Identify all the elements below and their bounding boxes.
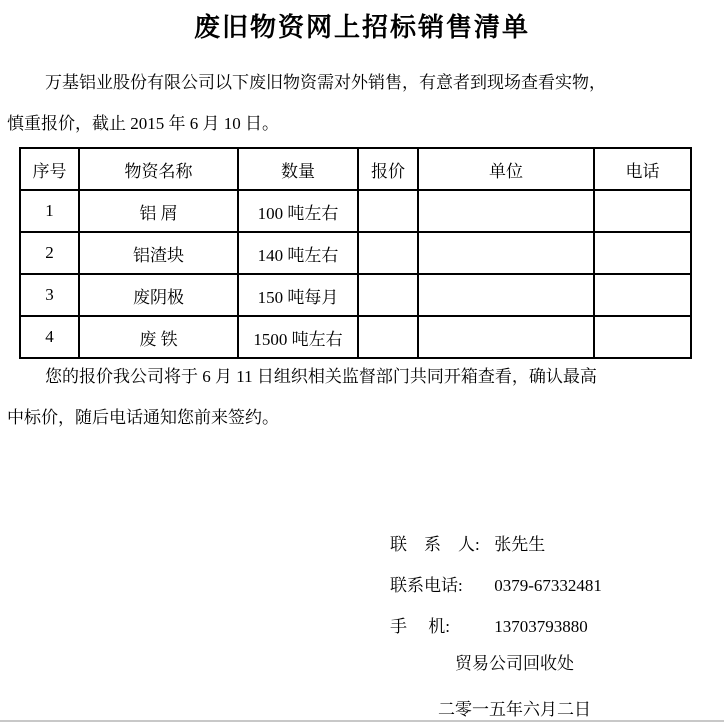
page-title: 废旧物资网上招标销售清单 bbox=[0, 7, 724, 44]
cell-qty: 140 吨左右 bbox=[238, 232, 358, 274]
table-row: 1 铝 屑 100 吨左右 bbox=[20, 190, 691, 232]
contact-person-value: 张先生 bbox=[494, 535, 545, 554]
signature-department: 贸易公司回收处 bbox=[455, 652, 574, 676]
cell-no: 3 bbox=[20, 274, 79, 316]
contact-mobile-value: 13703793880 bbox=[494, 617, 588, 636]
contact-person-label: 联 系 人: bbox=[390, 524, 490, 565]
cell-qty: 1500 吨左右 bbox=[238, 316, 358, 358]
header-cell-no: 序号 bbox=[20, 148, 79, 190]
table-row: 2 铝渣块 140 吨左右 bbox=[20, 232, 691, 274]
cell-unit bbox=[418, 274, 594, 316]
header-cell-qty: 数量 bbox=[238, 148, 358, 190]
cell-unit bbox=[418, 232, 594, 274]
notice-line-1: 您的报价我公司将于 6 月 11 日组织相关监督部门共同开箱查看，确认最高 bbox=[7, 356, 717, 397]
notice-line-2: 中标价，随后电话通知您前来签约。 bbox=[7, 397, 717, 438]
page-bottom-edge bbox=[0, 720, 724, 722]
cell-price bbox=[358, 190, 418, 232]
cell-qty: 150 吨每月 bbox=[238, 274, 358, 316]
cell-name: 废 铁 bbox=[79, 316, 238, 358]
cell-price bbox=[358, 232, 418, 274]
goods-table: 序号 物资名称 数量 报价 单位 电话 1 铝 屑 100 吨左右 2 铝渣块 … bbox=[19, 147, 692, 359]
cell-name: 铝渣块 bbox=[79, 232, 238, 274]
intro-paragraph: 万基铝业股份有限公司以下废旧物资需对外销售，有意者到现场查看实物， 慎重报价，截… bbox=[7, 62, 717, 144]
cell-qty: 100 吨左右 bbox=[238, 190, 358, 232]
contact-block: 联 系 人: 张先生 联系电话: 0379-67332481 手 机: 1370… bbox=[390, 524, 602, 647]
document-page: 废旧物资网上招标销售清单 万基铝业股份有限公司以下废旧物资需对外销售，有意者到现… bbox=[0, 0, 724, 725]
table-row: 4 废 铁 1500 吨左右 bbox=[20, 316, 691, 358]
intro-line-1: 万基铝业股份有限公司以下废旧物资需对外销售，有意者到现场查看实物， bbox=[7, 62, 717, 103]
cell-phone bbox=[594, 232, 691, 274]
cell-no: 2 bbox=[20, 232, 79, 274]
cell-phone bbox=[594, 274, 691, 316]
contact-telephone-line: 联系电话: 0379-67332481 bbox=[390, 565, 602, 606]
contact-telephone-label: 联系电话: bbox=[390, 565, 490, 606]
cell-unit bbox=[418, 190, 594, 232]
cell-phone bbox=[594, 316, 691, 358]
header-cell-price: 报价 bbox=[358, 148, 418, 190]
table-row: 3 废阴极 150 吨每月 bbox=[20, 274, 691, 316]
header-cell-name: 物资名称 bbox=[79, 148, 238, 190]
intro-line-2: 慎重报价，截止 2015 年 6 月 10 日。 bbox=[7, 103, 717, 144]
table-header-row: 序号 物资名称 数量 报价 单位 电话 bbox=[20, 148, 691, 190]
cell-name: 废阴极 bbox=[79, 274, 238, 316]
cell-phone bbox=[594, 190, 691, 232]
cell-name: 铝 屑 bbox=[79, 190, 238, 232]
contact-person-line: 联 系 人: 张先生 bbox=[390, 524, 602, 565]
cell-no: 1 bbox=[20, 190, 79, 232]
cell-unit bbox=[418, 316, 594, 358]
document-date: 二零一五年六月二日 bbox=[438, 698, 591, 722]
contact-mobile-line: 手 机: 13703793880 bbox=[390, 606, 602, 647]
cell-price bbox=[358, 274, 418, 316]
cell-no: 4 bbox=[20, 316, 79, 358]
notice-paragraph: 您的报价我公司将于 6 月 11 日组织相关监督部门共同开箱查看，确认最高 中标… bbox=[7, 356, 717, 438]
cell-price bbox=[358, 316, 418, 358]
header-cell-unit: 单位 bbox=[418, 148, 594, 190]
header-cell-phone: 电话 bbox=[594, 148, 691, 190]
contact-telephone-value: 0379-67332481 bbox=[494, 576, 602, 595]
contact-mobile-label: 手 机: bbox=[390, 606, 490, 647]
